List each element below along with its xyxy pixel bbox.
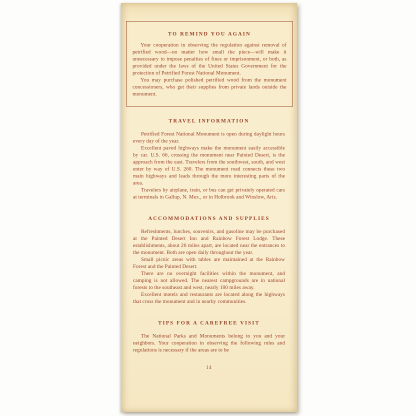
travel-paragraph: Petrified Forest National Monument is op… (133, 131, 285, 145)
accommodations-paragraph: Small picnic areas with tables are maint… (133, 257, 285, 271)
accommodations-paragraph: There are no overnight facilities within… (133, 271, 285, 292)
travel-paragraph: Excellent paved highways make the monume… (133, 145, 285, 187)
tips-paragraph: The National Parks and Monuments belong … (133, 333, 285, 354)
page-number: 14 (133, 365, 285, 371)
section-heading-tips-for-a-carefree-visit: TIPS FOR A CAREFREE VISIT (133, 321, 285, 327)
accommodations-paragraph: Refreshments, lunches, souvenirs, and ga… (133, 229, 285, 257)
reminder-paragraph: Your cooperation in observing the regula… (133, 42, 287, 77)
brochure-page-inner: TO REMIND YOU AGAIN Your cooperation in … (121, 21, 297, 371)
reminder-box: TO REMIND YOU AGAIN Your cooperation in … (126, 21, 293, 107)
reminder-paragraph: You may purchase polished petrified wood… (133, 77, 287, 98)
travel-paragraph: Travelers by airplane, train, or bus can… (133, 187, 285, 201)
screenshot-canvas: TO REMIND YOU AGAIN Your cooperation in … (0, 0, 416, 416)
page-content: TRAVEL INFORMATION Petrified Forest Nati… (121, 119, 297, 371)
brochure-page: TO REMIND YOU AGAIN Your cooperation in … (121, 3, 297, 412)
section-heading-travel-information: TRAVEL INFORMATION (133, 119, 285, 125)
section-heading-accommodations-and-supplies: ACCOMMODATIONS AND SUPPLIES (133, 216, 285, 222)
accommodations-paragraph: Excellent motels and restaurants are loc… (133, 292, 285, 306)
reminder-heading: TO REMIND YOU AGAIN (133, 32, 287, 38)
